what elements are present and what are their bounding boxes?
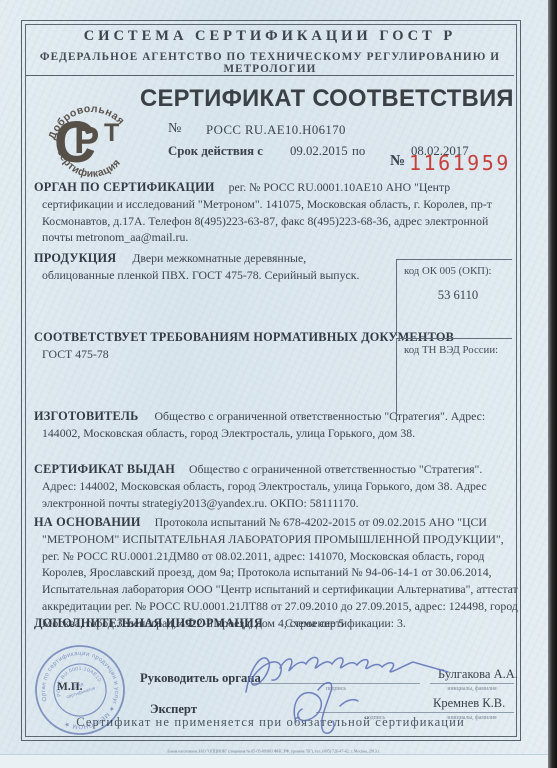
certification-body-label: ОРГАН ПО СЕРТИФИКАЦИИ	[34, 180, 215, 194]
basis-label: НА ОСНОВАНИИ	[34, 515, 141, 529]
conformity-text: ГОСТ 475-78	[42, 347, 109, 361]
federal-agency-heading: ФЕДЕРАЛЬНОЕ АГЕНТСТВО ПО ТЕХНИЧЕСКОМУ РЕ…	[26, 51, 514, 75]
issued-to-section: СЕРТИФИКАТ ВЫДАНОбщество с ограниченной …	[34, 461, 516, 511]
manufacturer-section: ИЗГОТОВИТЕЛЬОбщество с ограниченной отве…	[34, 408, 516, 442]
product-label: ПРОДУКЦИЯ	[34, 251, 116, 265]
head-name-line	[430, 683, 514, 684]
validity-label: Срок действия с	[168, 144, 263, 159]
registration-number-sign: №	[168, 121, 181, 137]
certification-system-heading: СИСТЕМА СЕРТИФИКАЦИИ ГОСТ Р	[26, 28, 514, 45]
rst-voluntary-certification-logo-icon: Добровольная сертификация С Р Т	[44, 88, 136, 182]
manufacturer-label: ИЗГОТОВИТЕЛЬ	[34, 409, 138, 423]
tnved-code-label: код ТН ВЭД России:	[404, 344, 512, 356]
blank-number-sign: №	[390, 153, 405, 170]
head-name-caption: инициалы, фамилия	[437, 685, 506, 691]
okp-code-value: 53 6110	[404, 288, 512, 303]
additional-info-text: Схема сертификации: 3.	[285, 616, 406, 630]
additional-info-label: ДОПОЛНИТЕЛЬНАЯ ИНФОРМАЦИЯ	[34, 616, 263, 630]
header-separator-line	[26, 75, 514, 76]
scan-dark-edge	[548, 0, 557, 768]
expert-name: Кремнев К.В.	[433, 696, 505, 711]
validity-to-word: по	[352, 144, 365, 159]
conformity-label: СООТВЕТСТВУЕТ ТРЕБОВАНИЯМ НОРМАТИВНЫХ ДО…	[34, 330, 454, 344]
head-of-body-label: Руководитель органа	[140, 671, 261, 686]
scan-bottom-edge	[0, 754, 548, 768]
certificate-page: СИСТЕМА СЕРТИФИКАЦИИ ГОСТ Р ФЕДЕРАЛЬНОЕ …	[0, 0, 548, 768]
head-signature-caption: подпись	[276, 685, 397, 691]
basis-text: Протокола испытаний № 678-4202-2015 от 0…	[42, 515, 518, 630]
certification-body-stamp: Орган по сертификации продукции и услуг …	[30, 640, 130, 740]
validity-from-date: 09.02.2015	[290, 144, 348, 159]
certification-body-section: ОРГАН ПО СЕРТИФИКАЦИИрег. № РОСС RU.0001…	[34, 179, 516, 246]
additional-info-section: ДОПОЛНИТЕЛЬНАЯ ИНФОРМАЦИЯСхема сертифика…	[34, 615, 516, 632]
head-name: Булгакова А.А.	[438, 667, 518, 682]
basis-section: НА ОСНОВАНИИПротокола испытаний № 678-42…	[34, 514, 518, 632]
expert-name-line	[430, 712, 514, 713]
issued-to-label: СЕРТИФИКАТ ВЫДАН	[34, 462, 175, 476]
blank-serial-number: 1161959	[409, 151, 511, 175]
head-signature-line	[252, 683, 420, 684]
expert-signature-line	[316, 712, 434, 713]
logo-letter-r: Р	[74, 120, 99, 162]
okp-code-label: код ОК 005 (ОКП):	[404, 265, 512, 277]
logo-letter-t: Т	[104, 119, 119, 147]
product-section: ПРОДУКЦИЯДвери межкомнатные деревянные, …	[34, 250, 360, 284]
registration-number: РОСС RU.АЕ10.Н06170	[206, 123, 346, 138]
okp-code-box: код ОК 005 (ОКП): 53 6110	[396, 259, 512, 336]
certificate-title: СЕРТИФИКАТ СООТВЕТСТВИЯ	[140, 85, 514, 113]
